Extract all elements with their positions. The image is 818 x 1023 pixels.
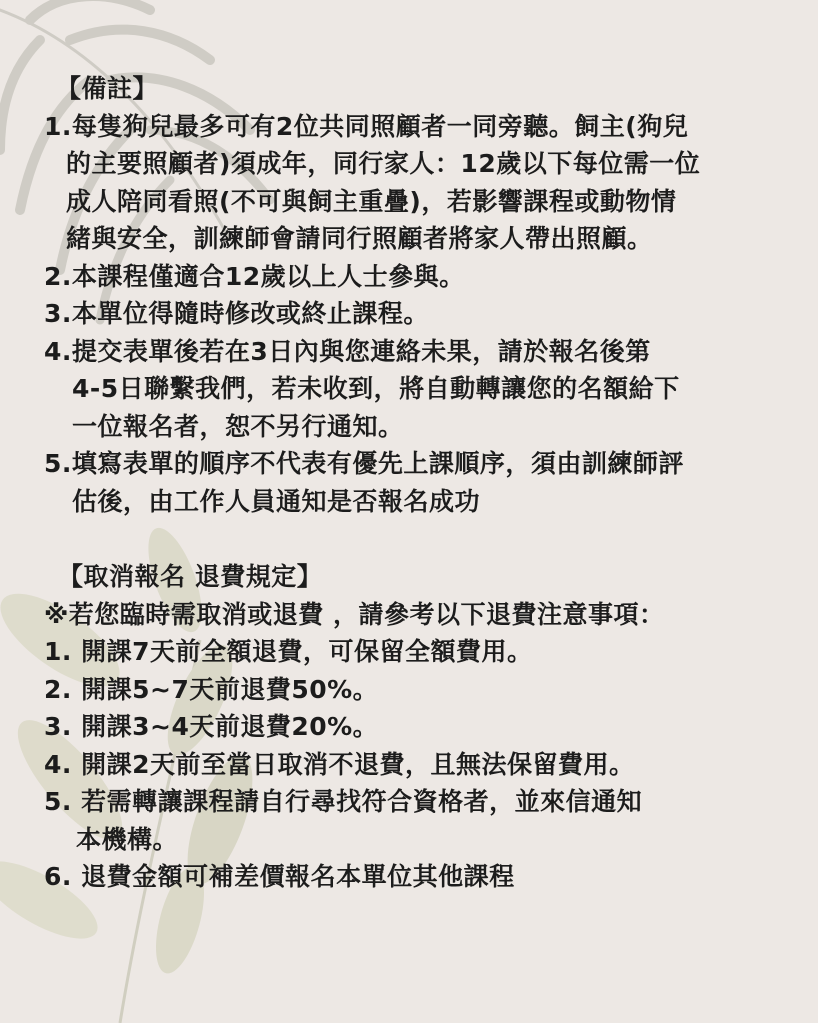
refund-title: 【取消報名 退費規定】: [44, 558, 804, 596]
notes-item-4: 4.提交表單後若在3日內與您連絡未果，請於報名後第 4-5日聯繫我們，若未收到，…: [44, 333, 804, 446]
document-body: 【備註】 1.每隻狗兒最多可有2位共同照顧者一同旁聽。飼主(狗兒 的主要照顧者)…: [44, 70, 804, 896]
refund-item-1: 1. 開課7天前全額退費，可保留全額費用。: [44, 633, 804, 671]
notes-item-line: 4-5日聯繫我們，若未收到，將自動轉讓您的名額給下: [44, 370, 804, 408]
section-spacer: [44, 520, 804, 558]
refund-item-line: 2. 開課5~7天前退費50%。: [44, 671, 804, 709]
notes-item-line: 5.填寫表單的順序不代表有優先上課順序，須由訓練師評: [44, 445, 804, 483]
refund-item-line: 3. 開課3~4天前退費20%。: [44, 708, 804, 746]
refund-item-3: 3. 開課3~4天前退費20%。: [44, 708, 804, 746]
refund-item-5: 5. 若需轉讓課程請自行尋找符合資格者，並來信通知 本機構。: [44, 783, 804, 858]
refund-section: 【取消報名 退費規定】 ※若您臨時需取消或退費 ，請參考以下退費注意事項： 1.…: [44, 558, 804, 896]
notes-item-line: 2.本課程僅適合12歲以上人士參與。: [44, 258, 804, 296]
refund-item-line: 1. 開課7天前全額退費，可保留全額費用。: [44, 633, 804, 671]
notes-item-5: 5.填寫表單的順序不代表有優先上課順序，須由訓練師評 估後，由工作人員通知是否報…: [44, 445, 804, 520]
notes-item-3: 3.本單位得隨時修改或終止課程。: [44, 295, 804, 333]
refund-item-line: 5. 若需轉讓課程請自行尋找符合資格者，並來信通知: [44, 783, 804, 821]
notes-title: 【備註】: [44, 70, 804, 108]
refund-intro: ※若您臨時需取消或退費 ，請參考以下退費注意事項：: [44, 596, 804, 634]
notes-item-line: 緒與安全，訓練師會請同行照顧者將家人帶出照顧。: [44, 220, 804, 258]
notes-item-line: 的主要照顧者)須成年，同行家人：12歲以下每位需一位: [44, 145, 804, 183]
notes-section: 【備註】 1.每隻狗兒最多可有2位共同照顧者一同旁聽。飼主(狗兒 的主要照顧者)…: [44, 70, 804, 520]
notes-item-line: 一位報名者，恕不另行通知。: [44, 408, 804, 446]
notes-item-2: 2.本課程僅適合12歲以上人士參與。: [44, 258, 804, 296]
notes-item-line: 1.每隻狗兒最多可有2位共同照顧者一同旁聽。飼主(狗兒: [44, 108, 804, 146]
refund-item-2: 2. 開課5~7天前退費50%。: [44, 671, 804, 709]
refund-item-6: 6. 退費金額可補差價報名本單位其他課程: [44, 858, 804, 896]
notes-item-line: 成人陪同看照(不可與飼主重疊)，若影響課程或動物情: [44, 183, 804, 221]
refund-item-line: 4. 開課2天前至當日取消不退費，且無法保留費用。: [44, 746, 804, 784]
refund-item-line: 6. 退費金額可補差價報名本單位其他課程: [44, 858, 804, 896]
refund-item-4: 4. 開課2天前至當日取消不退費，且無法保留費用。: [44, 746, 804, 784]
refund-item-line: 本機構。: [44, 821, 804, 859]
notes-item-line: 估後，由工作人員通知是否報名成功: [44, 483, 804, 521]
notes-item-1: 1.每隻狗兒最多可有2位共同照顧者一同旁聽。飼主(狗兒 的主要照顧者)須成年，同…: [44, 108, 804, 258]
notes-item-line: 4.提交表單後若在3日內與您連絡未果，請於報名後第: [44, 333, 804, 371]
notes-item-line: 3.本單位得隨時修改或終止課程。: [44, 295, 804, 333]
